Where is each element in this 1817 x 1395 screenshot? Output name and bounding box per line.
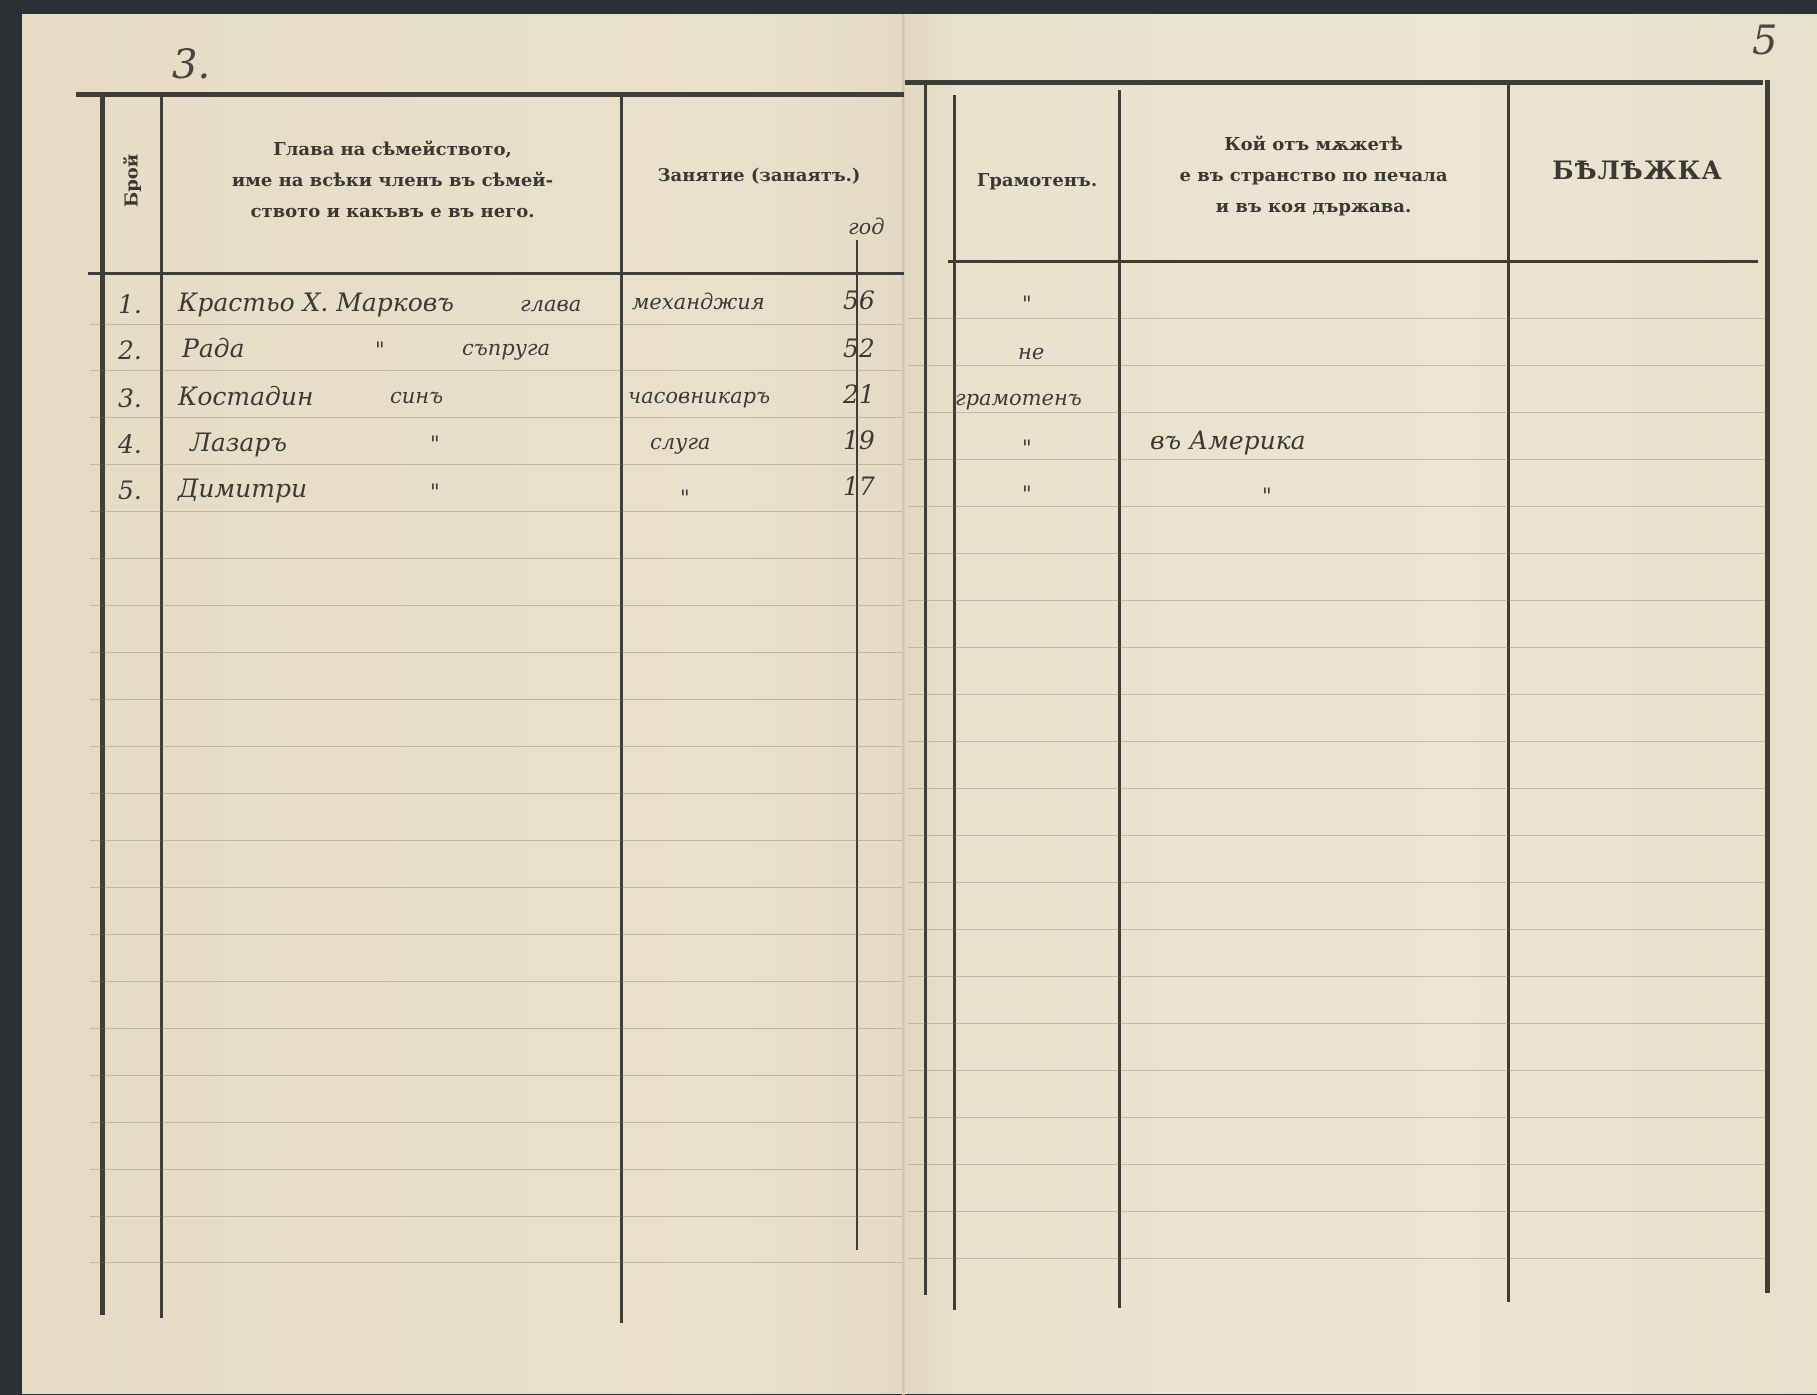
row-2-number: 2. xyxy=(118,336,142,365)
row-3-name: Костадин xyxy=(178,382,313,411)
book-spine xyxy=(902,14,905,1395)
row-rule xyxy=(90,558,902,559)
row-rule xyxy=(908,741,1766,742)
header-abroad: Кой отъ мѫжетѣ е въ странство по печала … xyxy=(1122,120,1505,230)
row-3-age: 21 xyxy=(843,380,875,409)
table-top-border-right xyxy=(905,80,1763,85)
row-rule xyxy=(90,417,902,418)
header-family-head: Глава на сѣмейството, име на всѣки членъ… xyxy=(170,130,615,230)
row-4-name: Лазаръ xyxy=(190,428,287,457)
row-1-age: 56 xyxy=(843,286,875,315)
row-rule xyxy=(90,370,902,371)
row-rule xyxy=(908,365,1766,366)
row-rule xyxy=(90,793,902,794)
row-rule xyxy=(908,694,1766,695)
row-rule xyxy=(90,1075,902,1076)
row-1-name: Крастьо Х. Марковъ xyxy=(178,288,454,317)
row-rule xyxy=(90,324,902,325)
col-divider-literate-left xyxy=(953,95,956,1310)
row-5-name: Димитри xyxy=(178,474,307,503)
header-abroad-line-1: Кой отъ мѫжетѣ xyxy=(1224,129,1402,160)
col-divider-literate-right xyxy=(1118,90,1121,1308)
col-divider-left-page-end xyxy=(924,80,927,1295)
table-top-border-left xyxy=(76,92,904,97)
table-left-border xyxy=(100,95,105,1315)
header-bottom-right xyxy=(948,260,1758,263)
row-rule xyxy=(90,981,902,982)
row-5-age: 17 xyxy=(843,472,875,501)
row-rule xyxy=(908,929,1766,930)
header-occupation: Занятие (занаятъ.) xyxy=(628,155,890,195)
row-4-number: 4. xyxy=(118,430,142,459)
row-rule xyxy=(90,746,902,747)
row-3-occupation: часовникаръ xyxy=(628,384,770,408)
row-rule xyxy=(90,511,902,512)
row-1-occupation: механджия xyxy=(632,290,765,314)
row-rule xyxy=(90,840,902,841)
row-rule xyxy=(90,1262,902,1263)
row-rule xyxy=(90,934,902,935)
row-rule xyxy=(90,887,902,888)
table-right-border xyxy=(1765,80,1770,1293)
row-rule xyxy=(908,1117,1766,1118)
header-age-abbrev: год xyxy=(848,215,885,239)
row-rule xyxy=(908,647,1766,648)
col-divider-number xyxy=(160,95,163,1318)
row-rule xyxy=(908,835,1766,836)
row-5-abroad: " xyxy=(1262,484,1272,508)
row-5-literate: " xyxy=(1022,482,1032,506)
row-4-abroad: въ Америка xyxy=(1150,426,1306,455)
row-rule xyxy=(908,553,1766,554)
row-rule xyxy=(90,1216,902,1217)
right-page-number: 5 xyxy=(1752,18,1777,64)
header-abroad-line-2: е въ странство по печала xyxy=(1180,160,1448,191)
row-rule xyxy=(90,652,902,653)
header-literate: Грамотенъ. xyxy=(958,160,1116,200)
row-1-relation: глава xyxy=(520,292,581,316)
row-rule xyxy=(908,506,1766,507)
row-rule xyxy=(908,412,1766,413)
row-4-age: 19 xyxy=(843,426,875,455)
row-2-age: 52 xyxy=(843,334,875,363)
row-rule xyxy=(908,318,1766,319)
row-2-relation-ditto: " xyxy=(375,338,385,362)
left-page-number: 3. xyxy=(172,42,210,88)
row-1-number: 1. xyxy=(118,290,142,319)
row-rule xyxy=(908,1164,1766,1165)
row-4-literate: " xyxy=(1022,436,1032,460)
header-family-head-line-1: Глава на сѣмейството, xyxy=(273,134,511,165)
row-2-name: Рада xyxy=(182,334,244,363)
row-5-number: 5. xyxy=(118,476,142,505)
row-3-literate: грамотенъ xyxy=(955,386,1082,410)
row-rule xyxy=(90,1122,902,1123)
row-rule xyxy=(908,882,1766,883)
row-rule xyxy=(908,1211,1766,1212)
row-rule xyxy=(90,605,902,606)
row-rule xyxy=(90,1028,902,1029)
col-divider-name xyxy=(620,95,623,1323)
row-rule xyxy=(908,788,1766,789)
row-rule xyxy=(90,464,902,465)
header-bottom-left xyxy=(88,272,904,275)
row-rule xyxy=(908,976,1766,977)
row-rule xyxy=(908,600,1766,601)
header-abroad-line-3: и въ коя държава. xyxy=(1216,191,1411,222)
header-family-head-line-3: ството и какъвъ е въ него. xyxy=(251,196,535,227)
header-number: Брой xyxy=(122,141,143,221)
row-3-relation: синъ xyxy=(390,384,443,408)
row-rule xyxy=(908,1023,1766,1024)
row-2-literate: не xyxy=(1018,340,1044,364)
row-rule xyxy=(90,1169,902,1170)
row-2-relation: съпруга xyxy=(462,336,550,360)
row-1-literate: " xyxy=(1022,292,1032,316)
header-note: БѢЛѢЖКА xyxy=(1510,150,1765,190)
row-4-relation: " xyxy=(430,432,440,456)
row-rule xyxy=(90,699,902,700)
row-rule xyxy=(908,1258,1766,1259)
row-rule xyxy=(908,1070,1766,1071)
row-5-occupation: " xyxy=(680,486,690,510)
row-4-occupation: слуга xyxy=(650,430,710,454)
row-3-number: 3. xyxy=(118,384,142,413)
row-rule xyxy=(908,459,1766,460)
header-family-head-line-2: име на всѣки членъ въ сѣмей- xyxy=(232,165,553,196)
row-5-relation: " xyxy=(430,480,440,504)
